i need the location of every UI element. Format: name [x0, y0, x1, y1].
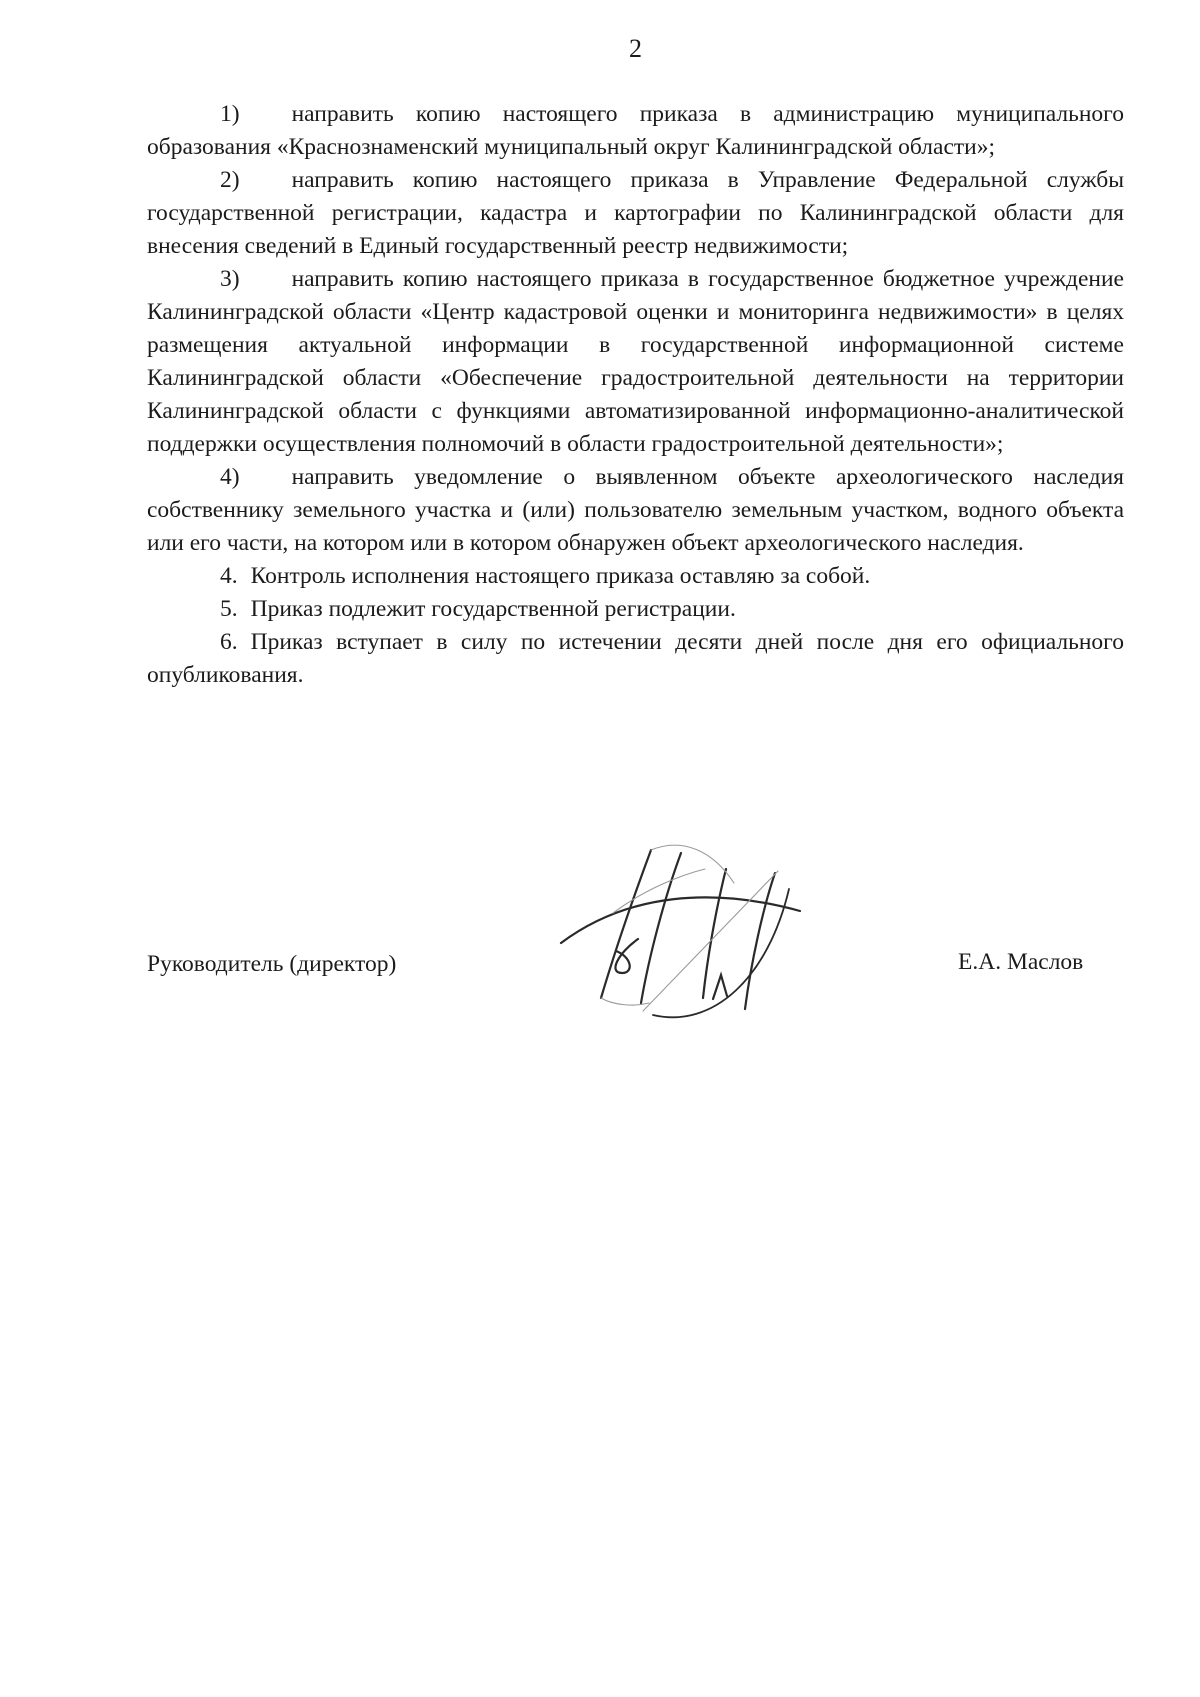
signature-scrawl	[553, 793, 811, 1025]
order-clause-6: 6.Приказ вступает в силу по истечении де…	[147, 626, 1124, 692]
order-item-1-text: направить копию настоящего приказа в адм…	[147, 101, 1124, 160]
order-item-4-number: 4)	[220, 464, 292, 490]
order-item-3: 3)направить копию настоящего приказа в г…	[147, 263, 1124, 461]
order-clause-6-text: Приказ вступает в силу по истечении деся…	[147, 629, 1124, 688]
order-clause-5-text: Приказ подлежит государственной регистра…	[251, 596, 736, 622]
order-item-1-number: 1)	[220, 101, 292, 127]
order-item-4-text: направить уведомление о выявленном объек…	[147, 464, 1124, 556]
order-clause-4-number: 4.	[220, 563, 251, 589]
order-clause-6-number: 6.	[220, 629, 251, 655]
order-item-2: 2)направить копию настоящего приказа в У…	[147, 164, 1124, 263]
order-body: 1)направить копию настоящего приказа в а…	[147, 98, 1124, 692]
document-page: { "page": { "number": "2" }, "document":…	[0, 0, 1200, 1697]
signatory-name: Е.А. Маслов	[958, 946, 1124, 979]
order-clause-4-text: Контроль исполнения настоящего приказа о…	[251, 563, 871, 589]
order-clause-4: 4.Контроль исполнения настоящего приказа…	[147, 560, 1124, 593]
order-item-2-number: 2)	[220, 167, 292, 193]
order-item-3-number: 3)	[220, 266, 292, 292]
order-clause-5: 5.Приказ подлежит государственной регист…	[147, 593, 1124, 626]
order-item-1: 1)направить копию настоящего приказа в а…	[147, 98, 1124, 164]
order-item-2-text: направить копию настоящего приказа в Упр…	[147, 167, 1124, 259]
order-item-4: 4)направить уведомление о выявленном объ…	[147, 461, 1124, 560]
order-clause-5-number: 5.	[220, 596, 251, 622]
signature-title-label: Руководитель (директор)	[147, 948, 396, 981]
page-number: 2	[147, 34, 1124, 64]
order-item-3-text: направить копию настоящего приказа в гос…	[147, 266, 1124, 457]
